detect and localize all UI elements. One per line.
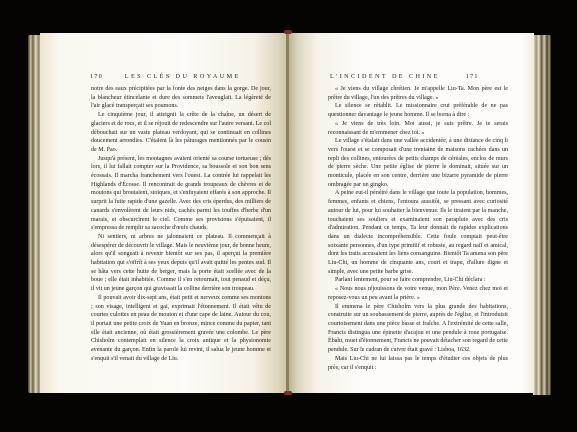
paragraph: notre des eaux précipitées par la fonte … <box>91 85 271 111</box>
paragraph: Le village s'étalait dans une vallée acc… <box>328 137 508 189</box>
left-running-head: 170 LES CLÉS DU ROYAUME <box>90 73 241 80</box>
paragraph: Le silence se rétablit. Le missionnaire … <box>328 102 508 119</box>
left-header-title: LES CLÉS DU ROYAUME <box>125 73 241 80</box>
open-book: 170 LES CLÉS DU ROYAUME notre des eaux p… <box>28 33 551 395</box>
left-page: 170 LES CLÉS DU ROYAUME notre des eaux p… <box>40 33 288 393</box>
paragraph: « Je viens du village chrétien. Je m'app… <box>328 85 508 102</box>
paragraph: Il emmena le père Chisholm vers la plus … <box>328 303 508 355</box>
right-page-number: 171 <box>466 73 479 80</box>
paragraph: Ni sentiers, ni arbres ne jalonnaient ce… <box>91 233 271 294</box>
bookmark-ribbon-bottom <box>284 391 292 395</box>
page-edges-right <box>533 35 551 395</box>
paragraph: Il pouvait avoir dix-sept ans, était pet… <box>91 294 271 364</box>
paragraph: A peine eut-il pénétré dans le village q… <box>328 189 508 276</box>
paragraph: « Nous nous réjouissons de votre venue, … <box>328 285 508 302</box>
paragraph: Jusqu'à présent, les montagnes avaient o… <box>91 155 271 233</box>
paragraph: Parlant lentement, pour se faire compren… <box>328 276 508 285</box>
right-body-text: « Je viens du village chrétien. Je m'app… <box>328 85 508 372</box>
book-gutter <box>286 33 289 395</box>
right-running-head: L'INCIDENT DE CHINE 171 <box>330 73 479 80</box>
right-header-title: L'INCIDENT DE CHINE <box>330 73 440 80</box>
left-body-text: notre des eaux précipitées par la fonte … <box>91 85 271 364</box>
bookmark-ribbon-top <box>284 30 292 34</box>
paragraph: Le cinquième jour, il atteignit la crête… <box>91 111 271 155</box>
paragraph: Mais Liu-Chi ne lui laissa pas le temps … <box>328 355 508 372</box>
left-page-number: 170 <box>90 73 103 80</box>
paragraph: « Je viens de très loin. Moi aussi, je s… <box>328 120 508 137</box>
right-page: L'INCIDENT DE CHINE 171 « Je viens du vi… <box>288 33 534 393</box>
